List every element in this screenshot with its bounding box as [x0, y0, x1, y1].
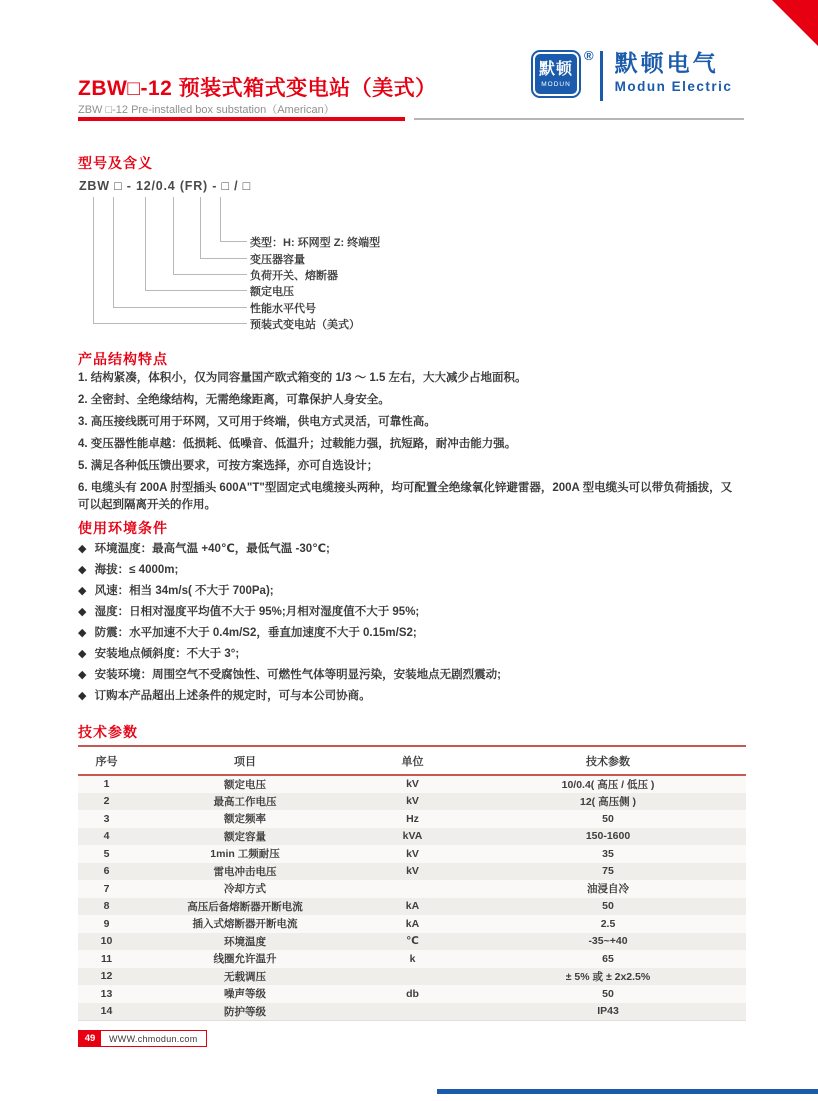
- section-heading-environment: 使用环境条件: [78, 518, 168, 538]
- environment-item: ◆ 安装环境：周围空气不受腐蚀性、可燃性气体等明显污染，安装地点无剧烈震动;: [78, 667, 742, 688]
- cell-item: 插入式熔断器开断电流: [135, 915, 355, 933]
- cell-item: 线圈允许温升: [135, 950, 355, 968]
- page-title: ZBW□-12 预装式箱式变电站（美式）: [78, 72, 437, 102]
- cell-value: 75: [470, 863, 746, 881]
- feature-item: 6. 电缆头有 200A 肘型插头 600A"T"型固定式电缆接头两种，均可配置…: [78, 480, 742, 513]
- diamond-bullet-icon: ◆: [78, 669, 86, 681]
- cell-item: 雷电冲击电压: [135, 863, 355, 881]
- feature-item: 3. 高压接线既可用于环网，又可用于终端，供电方式灵活，可靠性高。: [78, 414, 742, 431]
- features-list: 1. 结构紧凑，体积小，仅为同容量国产欧式箱变的 1/3 ～ 1.5 左右，大大…: [78, 370, 742, 519]
- table-row: 13 噪声等级 db 50: [78, 985, 746, 1003]
- cell-unit: kA: [355, 915, 470, 933]
- logo-badge-cn: 默顿: [539, 61, 573, 79]
- diamond-bullet-icon: ◆: [78, 648, 86, 660]
- cell-unit: [355, 1003, 470, 1021]
- catalog-page: ZBW□-12 预装式箱式变电站（美式） ZBW □-12 Pre-instal…: [0, 0, 818, 1101]
- diagram-label: 负荷开关、熔断器: [250, 267, 338, 283]
- cell-value: 油浸自冷: [470, 880, 746, 898]
- diamond-bullet-icon: ◆: [78, 606, 86, 618]
- cell-no: 12: [78, 968, 135, 986]
- brand-name-cn: 默顿电气: [615, 50, 733, 76]
- cell-no: 3: [78, 810, 135, 828]
- diagram-label: 变压器容量: [250, 251, 305, 267]
- table-row: 9 插入式熔断器开断电流 kA 2.5: [78, 915, 746, 933]
- cell-value: ± 5% 或 ± 2x2.5%: [470, 968, 746, 986]
- diamond-bullet-icon: ◆: [78, 543, 86, 555]
- cell-unit: [355, 968, 470, 986]
- model-code: ZBW □ - 12/0.4 (FR) - □ / □: [79, 179, 251, 193]
- environment-item: ◆ 风速：相当 34m/s( 不大于 700Pa);: [78, 583, 742, 604]
- environment-item-text: 环境温度：最高气温 +40℃，最低气温 -30℃;: [95, 543, 330, 555]
- section-heading-parameters: 技术参数: [78, 722, 138, 742]
- environment-item-text: 安装地点倾斜度：不大于 3°;: [95, 648, 240, 660]
- table-row: 4 额定容量 kVA 150-1600: [78, 828, 746, 846]
- table-row: 2 最高工作电压 kV 12( 高压侧 ): [78, 793, 746, 811]
- cell-item: 防护等级: [135, 1003, 355, 1021]
- company-logo: 默顿 MODUN ® 默顿电气 Modun Electric: [531, 50, 732, 101]
- environment-item: ◆ 防震：水平加速不大于 0.4m/S2，垂直加速度不大于 0.15m/S2;: [78, 625, 742, 646]
- environment-item-text: 风速：相当 34m/s( 不大于 700Pa);: [95, 585, 274, 597]
- cell-value: IP43: [470, 1003, 746, 1021]
- cell-item: 噪声等级: [135, 985, 355, 1003]
- cell-value: 2.5: [470, 915, 746, 933]
- diamond-bullet-icon: ◆: [78, 690, 86, 702]
- cell-value: 50: [470, 898, 746, 916]
- page-footer: 49 WWW.chmodun.com: [78, 1030, 207, 1047]
- cell-unit: kVA: [355, 828, 470, 846]
- table-row: 3 额定频率 Hz 50: [78, 810, 746, 828]
- cell-no: 5: [78, 845, 135, 863]
- cell-no: 8: [78, 898, 135, 916]
- cell-unit: kV: [355, 845, 470, 863]
- cell-unit: kV: [355, 863, 470, 881]
- cell-no: 11: [78, 950, 135, 968]
- bottom-bar-decoration: [437, 1089, 818, 1094]
- environment-item: ◆ 订购本产品超出上述条件的规定时，可与本公司协商。: [78, 688, 742, 709]
- environment-item: ◆ 湿度：日相对湿度平均值不大于 95%;月相对湿度值不大于 95%;: [78, 604, 742, 625]
- section-heading-model: 型号及含义: [78, 153, 153, 173]
- website-url: WWW.chmodun.com: [101, 1031, 206, 1046]
- diamond-bullet-icon: ◆: [78, 585, 86, 597]
- cell-item: 最高工作电压: [135, 793, 355, 811]
- cell-value: 65: [470, 950, 746, 968]
- environment-list: ◆ 环境温度：最高气温 +40℃，最低气温 -30℃; ◆ 海拔：≤ 4000m…: [78, 541, 742, 709]
- page-subtitle: ZBW □-12 Pre-installed box substation（Am…: [78, 101, 335, 117]
- diagram-label: 类型：H: 环网型 Z: 终端型: [250, 234, 380, 250]
- cell-item: 环境温度: [135, 933, 355, 951]
- cell-item: 额定电压: [135, 775, 355, 793]
- cell-unit: [355, 880, 470, 898]
- cell-value: -35~+40: [470, 933, 746, 951]
- cell-no: 14: [78, 1003, 135, 1021]
- diamond-bullet-icon: ◆: [78, 627, 86, 639]
- registered-trademark-icon: ®: [584, 48, 594, 63]
- cell-value: 150-1600: [470, 828, 746, 846]
- environment-item-text: 海拔：≤ 4000m;: [95, 564, 179, 576]
- cell-item: 冷却方式: [135, 880, 355, 898]
- diagram-label: 预装式变电站（美式）: [250, 316, 360, 332]
- cell-value: 50: [470, 810, 746, 828]
- environment-item: ◆ 海拔：≤ 4000m;: [78, 562, 742, 583]
- cell-unit: k: [355, 950, 470, 968]
- cell-unit: db: [355, 985, 470, 1003]
- corner-ribbon-decoration: [772, 0, 818, 46]
- logo-divider: [600, 51, 603, 101]
- environment-item: ◆ 安装地点倾斜度：不大于 3°;: [78, 646, 742, 667]
- environment-item: ◆ 环境温度：最高气温 +40℃，最低气温 -30℃;: [78, 541, 742, 562]
- cell-no: 9: [78, 915, 135, 933]
- cell-no: 4: [78, 828, 135, 846]
- cell-item: 额定频率: [135, 810, 355, 828]
- column-header-value: 技术参数: [470, 746, 746, 775]
- brand-name-en: Modun Electric: [615, 79, 733, 94]
- page-number: 49: [79, 1031, 101, 1046]
- cell-no: 13: [78, 985, 135, 1003]
- feature-item: 5. 满足各种低压馈出要求，可按方案选择，亦可自选设计；: [78, 458, 742, 475]
- table-row: 1 额定电压 kV 10/0.4( 高压 / 低压 ): [78, 775, 746, 793]
- feature-item: 1. 结构紧凑，体积小，仅为同容量国产欧式箱变的 1/3 ～ 1.5 左右，大大…: [78, 370, 742, 387]
- cell-item: 无载调压: [135, 968, 355, 986]
- column-header-item: 项目: [135, 746, 355, 775]
- cell-unit: Hz: [355, 810, 470, 828]
- feature-item: 4. 变压器性能卓越：低损耗、低噪音、低温升；过载能力强，抗短路，耐冲击能力强。: [78, 436, 742, 453]
- parameters-table: 序号 项目 单位 技术参数 1 额定电压 kV 10/0.4( 高压 / 低压 …: [78, 745, 746, 1021]
- cell-item: 1min 工频耐压: [135, 845, 355, 863]
- cell-value: 12( 高压侧 ): [470, 793, 746, 811]
- table-row: 6 雷电冲击电压 kV 75: [78, 863, 746, 881]
- environment-item-text: 湿度：日相对湿度平均值不大于 95%;月相对湿度值不大于 95%;: [95, 606, 420, 618]
- cell-unit: kV: [355, 775, 470, 793]
- cell-value: 50: [470, 985, 746, 1003]
- section-heading-features: 产品结构特点: [78, 349, 168, 369]
- table-row: 7 冷却方式 油浸自冷: [78, 880, 746, 898]
- environment-item-text: 防震：水平加速不大于 0.4m/S2，垂直加速度不大于 0.15m/S2;: [95, 627, 417, 639]
- title-underline-red: [78, 117, 405, 121]
- environment-item-text: 安装环境：周围空气不受腐蚀性、可燃性气体等明显污染，安装地点无剧烈震动;: [95, 669, 501, 681]
- table-row: 12 无载调压 ± 5% 或 ± 2x2.5%: [78, 968, 746, 986]
- title-underline-gray: [414, 118, 744, 120]
- cell-no: 6: [78, 863, 135, 881]
- cell-value: 35: [470, 845, 746, 863]
- table-row: 14 防护等级 IP43: [78, 1003, 746, 1021]
- cell-unit: ℃: [355, 933, 470, 951]
- diagram-label: 额定电压: [250, 283, 294, 299]
- cell-no: 1: [78, 775, 135, 793]
- table-header-row: 序号 项目 单位 技术参数: [78, 746, 746, 775]
- table-row: 8 高压后备熔断器开断电流 kA 50: [78, 898, 746, 916]
- environment-item-text: 订购本产品超出上述条件的规定时，可与本公司协商。: [95, 690, 371, 702]
- feature-item: 2. 全密封、全绝缘结构，无需绝缘距离，可靠保护人身安全。: [78, 392, 742, 409]
- diagram-connector: [93, 197, 247, 324]
- cell-no: 2: [78, 793, 135, 811]
- parameters-table-body: 1 额定电压 kV 10/0.4( 高压 / 低压 ) 2 最高工作电压 kV …: [78, 775, 746, 1020]
- cell-no: 7: [78, 880, 135, 898]
- cell-unit: kA: [355, 898, 470, 916]
- logo-badge: 默顿 MODUN: [531, 50, 581, 98]
- logo-badge-en: MODUN: [541, 81, 571, 88]
- column-header-unit: 单位: [355, 746, 470, 775]
- cell-value: 10/0.4( 高压 / 低压 ): [470, 775, 746, 793]
- cell-item: 高压后备熔断器开断电流: [135, 898, 355, 916]
- table-row: 5 1min 工频耐压 kV 35: [78, 845, 746, 863]
- cell-item: 额定容量: [135, 828, 355, 846]
- diagram-label: 性能水平代号: [250, 300, 316, 316]
- cell-unit: kV: [355, 793, 470, 811]
- column-header-no: 序号: [78, 746, 135, 775]
- table-row: 10 环境温度 ℃ -35~+40: [78, 933, 746, 951]
- table-row: 11 线圈允许温升 k 65: [78, 950, 746, 968]
- diamond-bullet-icon: ◆: [78, 564, 86, 576]
- cell-no: 10: [78, 933, 135, 951]
- model-diagram: 类型：H: 环网型 Z: 终端型 变压器容量 负荷开关、熔断器 额定电压 性能水…: [78, 197, 598, 337]
